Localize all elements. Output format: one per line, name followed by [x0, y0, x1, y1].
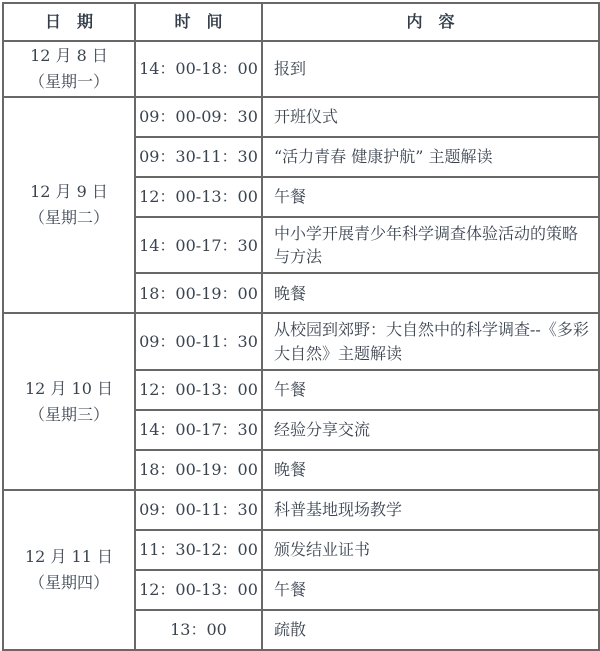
schedule-table: 日 期 时 间 内 容 12 月 8 日 （星期一） 14：00-18：00 报… — [2, 2, 600, 651]
content-cell: 颁发结业证书 — [262, 530, 599, 570]
weekday-text: （星期一） — [5, 69, 133, 95]
date-cell: 12 月 8 日 （星期一） — [3, 41, 135, 97]
time-cell: 18：00-19：00 — [135, 273, 262, 313]
time-cell: 14：00-17：30 — [135, 217, 262, 273]
header-time: 时 间 — [135, 3, 262, 41]
content-cell: 午餐 — [262, 177, 599, 217]
content-cell: 开班仪式 — [262, 97, 599, 137]
table-row: 12 月 11 日 （星期四） 09：00-11：30 科普基地现场教学 — [3, 490, 599, 530]
table-row: 12 月 10 日 （星期三） 09：00-11：30 从校园到郊野：大自然中的… — [3, 313, 599, 369]
time-cell: 14：00-17：30 — [135, 410, 262, 450]
date-cell: 12 月 10 日 （星期三） — [3, 313, 135, 489]
date-cell: 12 月 11 日 （星期四） — [3, 490, 135, 650]
time-cell: 09：30-11：30 — [135, 137, 262, 177]
content-cell: “活力青春 健康护航” 主题解读 — [262, 137, 599, 177]
schedule-sheet: 日 期 时 间 内 容 12 月 8 日 （星期一） 14：00-18：00 报… — [0, 0, 600, 640]
date-text: 12 月 9 日 — [5, 179, 133, 205]
time-cell: 14：00-18：00 — [135, 41, 262, 97]
table-row: 12 月 9 日 （星期二） 09：00-09：30 开班仪式 — [3, 97, 599, 137]
content-cell: 从校园到郊野：大自然中的科学调查--《多彩大自然》主题解读 — [262, 313, 599, 369]
time-cell: 12：00-13：00 — [135, 570, 262, 610]
date-cell: 12 月 9 日 （星期二） — [3, 97, 135, 313]
time-cell: 09：00-11：30 — [135, 313, 262, 369]
content-cell: 晚餐 — [262, 450, 599, 490]
time-cell: 12：00-13：00 — [135, 370, 262, 410]
content-cell: 午餐 — [262, 370, 599, 410]
content-cell: 中小学开展青少年科学调查体验活动的策略与方法 — [262, 217, 599, 273]
time-cell: 12：00-13：00 — [135, 177, 262, 217]
content-cell: 疏散 — [262, 610, 599, 650]
content-cell: 晚餐 — [262, 273, 599, 313]
time-cell: 18：00-19：00 — [135, 450, 262, 490]
date-text: 12 月 10 日 — [5, 376, 133, 402]
content-cell: 科普基地现场教学 — [262, 490, 599, 530]
time-cell: 09：00-09：30 — [135, 97, 262, 137]
weekday-text: （星期二） — [5, 205, 133, 231]
date-text: 12 月 11 日 — [5, 544, 133, 570]
content-cell: 午餐 — [262, 570, 599, 610]
content-cell: 报到 — [262, 41, 599, 97]
weekday-text: （星期四） — [5, 570, 133, 596]
header-date: 日 期 — [3, 3, 135, 41]
time-cell: 11：30-12：00 — [135, 530, 262, 570]
date-text: 12 月 8 日 — [5, 43, 133, 69]
header-row: 日 期 时 间 内 容 — [3, 3, 599, 41]
header-content: 内 容 — [262, 3, 599, 41]
time-cell: 13：00 — [135, 610, 262, 650]
weekday-text: （星期三） — [5, 402, 133, 428]
table-row: 12 月 8 日 （星期一） 14：00-18：00 报到 — [3, 41, 599, 97]
content-cell: 经验分享交流 — [262, 410, 599, 450]
time-cell: 09：00-11：30 — [135, 490, 262, 530]
